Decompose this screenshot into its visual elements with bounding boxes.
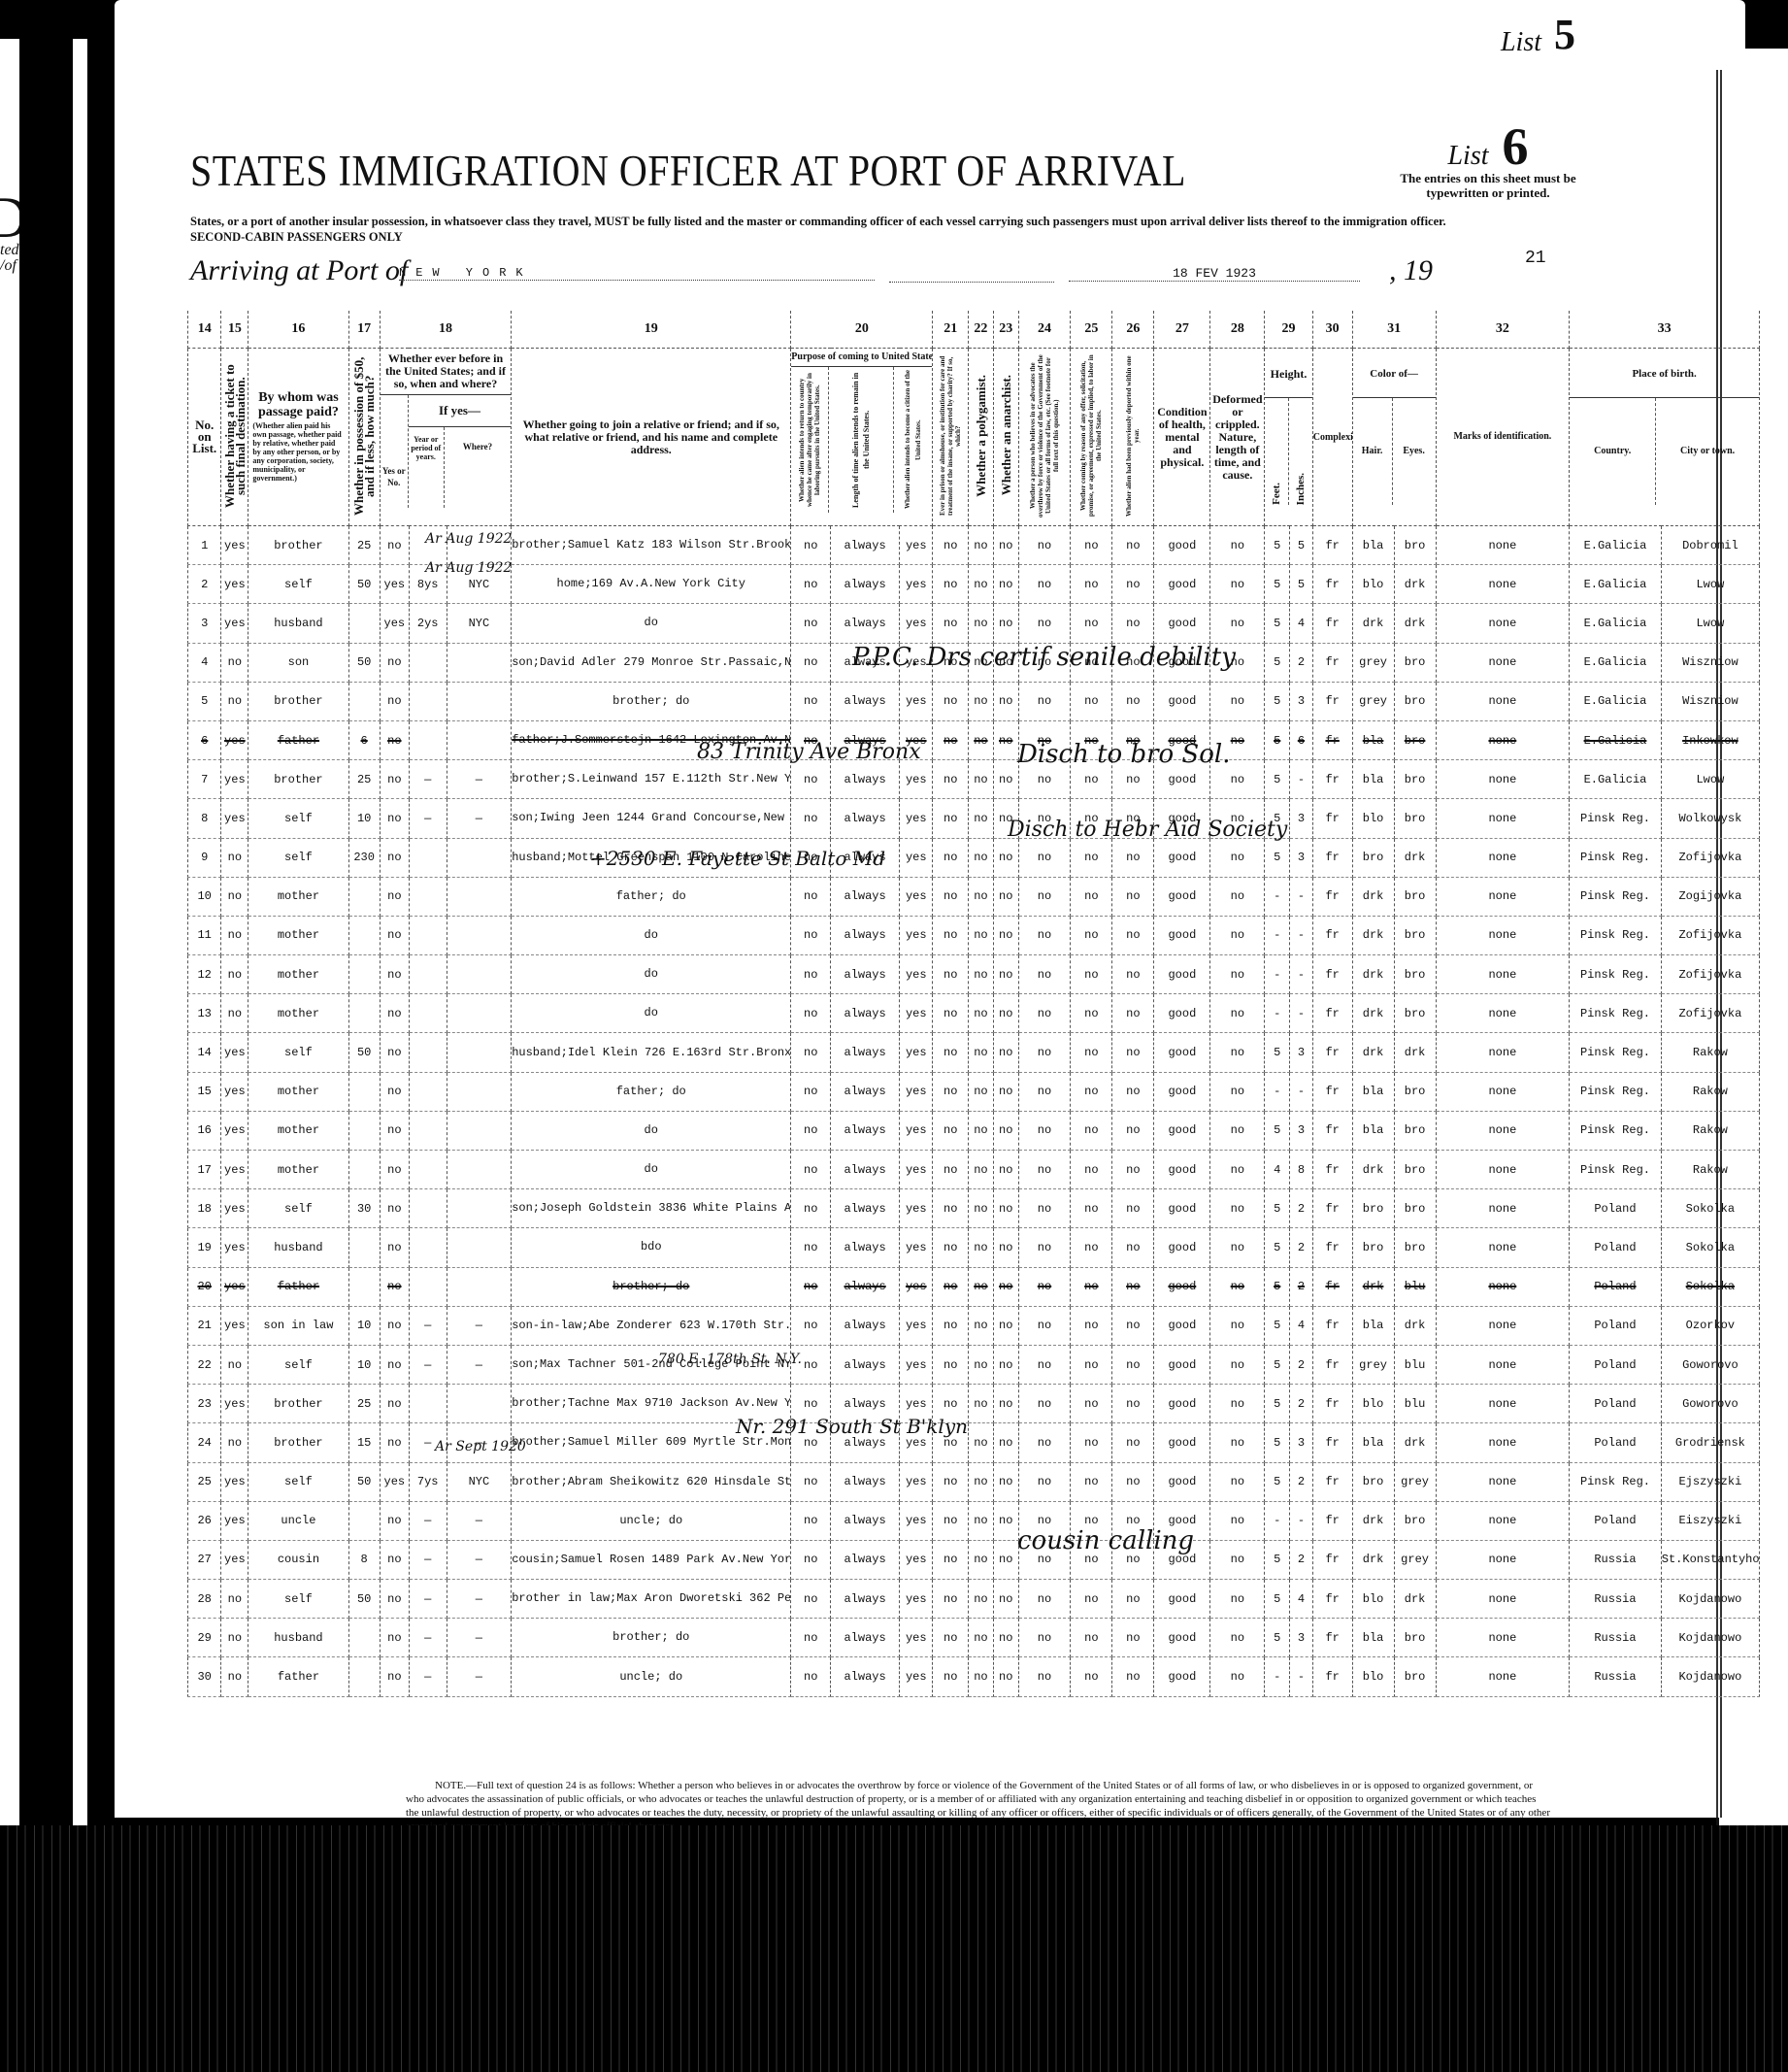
labor-offer-cell: no	[1071, 1228, 1112, 1267]
header-text: Complexion.	[1313, 432, 1352, 443]
row-number: 7	[188, 760, 221, 799]
header-text: Length of time alien intends to remain i…	[850, 367, 872, 513]
deformed-cell: no	[1210, 916, 1265, 954]
intends-return-cell: no	[791, 1619, 831, 1657]
height-inches-cell: 2	[1290, 1267, 1313, 1306]
period-cell	[409, 1267, 447, 1306]
passenger-manifest-table: 14 15 16 17 18 19 20 21 22 23 24 25 26 2…	[187, 311, 1760, 1697]
row-number: 30	[188, 1657, 221, 1696]
header-text: Condition of health, mental and physical…	[1154, 406, 1209, 469]
period-cell	[409, 1033, 447, 1072]
join-relative-cell: bdo	[512, 1228, 791, 1267]
passenger-row: 5nobrothernobrother; donoalwaysyesnonono…	[188, 682, 1760, 720]
height-feet-cell: 5	[1265, 565, 1290, 604]
deformed-cell: no	[1210, 1423, 1265, 1462]
deformed-cell: no	[1210, 682, 1265, 720]
hair-color-cell: bro	[1352, 1189, 1394, 1228]
anarchist-cell: no	[993, 877, 1018, 916]
health-cell: good	[1154, 1462, 1210, 1501]
passage-paid-by-cell: self	[248, 799, 348, 838]
passenger-row: 4noson50noson;David Adler 279 Monroe Str…	[188, 643, 1760, 682]
intends-citizen-cell: yes	[900, 643, 933, 682]
deformed-cell: no	[1210, 1580, 1265, 1619]
labor-offer-cell: no	[1071, 760, 1112, 799]
money-cell	[348, 1267, 380, 1306]
eye-color-cell: drk	[1394, 1423, 1436, 1462]
birth-country-cell: E.Galicia	[1570, 720, 1662, 759]
row-number: 6	[188, 720, 221, 759]
header-text: Whether alien had been previously deport…	[1125, 353, 1141, 518]
length-of-stay-cell: always	[831, 1501, 900, 1540]
anarchist-cell: no	[993, 1345, 1018, 1384]
prison-cell: no	[933, 1306, 969, 1345]
money-cell: 25	[348, 760, 380, 799]
question-24-cell: no	[1018, 1619, 1071, 1657]
deported-cell: no	[1112, 1540, 1154, 1579]
header-text: Hair.	[1353, 398, 1393, 505]
money-cell: 6	[348, 720, 380, 759]
header-text: Whether ever before in the United States…	[381, 349, 511, 395]
anarchist-cell: no	[993, 1462, 1018, 1501]
passage-paid-by-cell: husband	[248, 1619, 348, 1657]
marks-cell: none	[1436, 1345, 1570, 1384]
birth-city-cell: Lwow	[1661, 565, 1759, 604]
passenger-row: 24nobrother15no——brother;Samuel Miller 6…	[188, 1423, 1760, 1462]
height-inches-cell: -	[1290, 877, 1313, 916]
question-24-cell: no	[1018, 916, 1071, 954]
header-text: Yes or No.	[381, 395, 409, 508]
anarchist-cell: no	[993, 643, 1018, 682]
birth-country-cell: Russia	[1570, 1657, 1662, 1696]
where-cell	[447, 1385, 512, 1423]
question-24-cell: no	[1018, 1501, 1071, 1540]
where-cell	[447, 720, 512, 759]
question-24-cell: no	[1018, 760, 1071, 799]
marks-cell: none	[1436, 1306, 1570, 1345]
passenger-row: 1yesbrother25nobrother;Samuel Katz 183 W…	[188, 526, 1760, 565]
period-cell	[409, 1189, 447, 1228]
complexion-cell: fr	[1312, 1072, 1352, 1111]
anarchist-cell: no	[993, 1657, 1018, 1696]
header-no-on-list: No. on List.	[188, 349, 221, 526]
height-inches-cell: 3	[1290, 799, 1313, 838]
passage-paid-by-cell: father	[248, 1267, 348, 1306]
money-cell: 10	[348, 1306, 380, 1345]
intends-citizen-cell: yes	[900, 760, 933, 799]
join-relative-cell: brother in law;Max Aron Dworetski 362 Pe…	[512, 1580, 791, 1619]
birth-city-cell: Lwow	[1661, 760, 1759, 799]
row-number: 21	[188, 1306, 221, 1345]
complexion-cell: fr	[1312, 760, 1352, 799]
labor-offer-cell: no	[1071, 994, 1112, 1033]
passage-paid-by-cell: husband	[248, 1228, 348, 1267]
height-inches-cell: -	[1290, 760, 1313, 799]
deformed-cell: no	[1210, 994, 1265, 1033]
passage-paid-by-cell: mother	[248, 955, 348, 994]
intends-return-cell: no	[791, 1033, 831, 1072]
period-cell	[409, 1228, 447, 1267]
question-24-cell: no	[1018, 1385, 1071, 1423]
join-relative-cell: brother;Samuel Katz 183 Wilson Str.Brook…	[512, 526, 791, 565]
labor-offer-cell: no	[1071, 1267, 1112, 1306]
passage-paid-by-cell: father	[248, 720, 348, 759]
prison-cell: no	[933, 955, 969, 994]
health-cell: good	[1154, 994, 1210, 1033]
period-cell: —	[409, 799, 447, 838]
height-inches-cell: 3	[1290, 682, 1313, 720]
anarchist-cell: no	[993, 955, 1018, 994]
question-24-cell: no	[1018, 1267, 1071, 1306]
header-text: Place of birth.	[1570, 349, 1759, 398]
prison-cell: no	[933, 1033, 969, 1072]
height-feet-cell: 4	[1265, 1151, 1290, 1189]
row-number: 4	[188, 643, 221, 682]
date-stamp: 18 FEV 1923	[1069, 266, 1360, 282]
header-text: Year or period of years.	[409, 427, 445, 508]
labor-offer-cell: no	[1071, 565, 1112, 604]
length-of-stay-cell: always	[831, 1385, 900, 1423]
labor-offer-cell: no	[1071, 916, 1112, 954]
marks-cell: none	[1436, 799, 1570, 838]
passage-paid-by-cell: brother	[248, 526, 348, 565]
eye-color-cell: blu	[1394, 1385, 1436, 1423]
intends-citizen-cell: yes	[900, 1189, 933, 1228]
health-cell: good	[1154, 838, 1210, 877]
height-inches-cell: -	[1290, 994, 1313, 1033]
col-num-22: 22	[969, 311, 994, 349]
height-feet-cell: 5	[1265, 1540, 1290, 1579]
join-relative-cell: father;J.Sommerstejn 1642 Lexington Av.N…	[512, 720, 791, 759]
anarchist-cell: no	[993, 1385, 1018, 1423]
length-of-stay-cell: always	[831, 1228, 900, 1267]
adjacent-page-fragment: ted /of	[0, 243, 19, 274]
health-cell: good	[1154, 1111, 1210, 1150]
where-cell: NYC	[447, 565, 512, 604]
complexion-cell: fr	[1312, 838, 1352, 877]
deported-cell: no	[1112, 565, 1154, 604]
intends-citizen-cell: yes	[900, 1423, 933, 1462]
period-cell	[409, 720, 447, 759]
header-money: Whether in possession of $50, and if les…	[348, 349, 380, 526]
previous-list-number: 5	[1554, 10, 1575, 59]
length-of-stay-cell: always	[831, 1540, 900, 1579]
where-cell: NYC	[447, 1462, 512, 1501]
intends-citizen-cell: yes	[900, 1151, 933, 1189]
question-24-cell: no	[1018, 1111, 1071, 1150]
header-text: Whether an anarchist.	[1001, 375, 1011, 495]
length-of-stay-cell: always	[831, 955, 900, 994]
deported-cell: no	[1112, 1580, 1154, 1619]
height-feet-cell: 5	[1265, 1306, 1290, 1345]
complexion-cell: fr	[1312, 1189, 1352, 1228]
length-of-stay-cell: always	[831, 799, 900, 838]
prison-cell: no	[933, 877, 969, 916]
money-cell: 50	[348, 565, 380, 604]
header-text: Where?	[445, 427, 511, 508]
complexion-cell: fr	[1312, 877, 1352, 916]
length-of-stay-cell: always	[831, 682, 900, 720]
eye-color-cell: drk	[1394, 838, 1436, 877]
ever-before-cell: no	[380, 1345, 409, 1384]
polygamist-cell: no	[969, 565, 994, 604]
ever-before-cell: no	[380, 1501, 409, 1540]
labor-offer-cell: no	[1071, 1306, 1112, 1345]
eye-color-cell: bro	[1394, 877, 1436, 916]
money-cell: 50	[348, 1580, 380, 1619]
length-of-stay-cell: always	[831, 720, 900, 759]
where-cell: —	[447, 1501, 512, 1540]
eye-color-cell: grey	[1394, 1540, 1436, 1579]
labor-offer-cell: no	[1071, 682, 1112, 720]
intends-citizen-cell: yes	[900, 1657, 933, 1696]
ticket-cell: yes	[221, 1306, 248, 1345]
health-cell: good	[1154, 1619, 1210, 1657]
polygamist-cell: no	[969, 526, 994, 565]
complexion-cell: fr	[1312, 955, 1352, 994]
complexion-cell: fr	[1312, 916, 1352, 954]
marks-cell: none	[1436, 682, 1570, 720]
col-num-32: 32	[1436, 311, 1570, 349]
deported-cell: no	[1112, 799, 1154, 838]
hair-color-cell: blo	[1352, 1580, 1394, 1619]
where-cell	[447, 838, 512, 877]
join-relative-cell: do	[512, 994, 791, 1033]
passage-paid-by-cell: son in law	[248, 1306, 348, 1345]
birth-city-cell: Wiszniow	[1661, 643, 1759, 682]
hair-color-cell: bla	[1352, 1619, 1394, 1657]
hair-color-cell: bla	[1352, 1306, 1394, 1345]
money-cell: 10	[348, 799, 380, 838]
marks-cell: none	[1436, 955, 1570, 994]
complexion-cell: fr	[1312, 1540, 1352, 1579]
birth-city-cell: Sokolka	[1661, 1267, 1759, 1306]
where-cell: —	[447, 1657, 512, 1696]
ever-before-cell: yes	[380, 1462, 409, 1501]
height-feet-cell: 5	[1265, 799, 1290, 838]
col-num-19: 19	[512, 311, 791, 349]
marks-cell: none	[1436, 1072, 1570, 1111]
row-number: 20	[188, 1267, 221, 1306]
height-feet-cell: -	[1265, 916, 1290, 954]
hair-color-cell: drk	[1352, 1501, 1394, 1540]
money-cell: 50	[348, 643, 380, 682]
question-24-cell: no	[1018, 682, 1071, 720]
anarchist-cell: no	[993, 720, 1018, 759]
ticket-cell: no	[221, 1619, 248, 1657]
hair-color-cell: bla	[1352, 1072, 1394, 1111]
ever-before-cell: yes	[380, 604, 409, 643]
passage-paid-by-cell: self	[248, 565, 348, 604]
intends-citizen-cell: yes	[900, 1111, 933, 1150]
hair-color-cell: bla	[1352, 760, 1394, 799]
ticket-cell: no	[221, 1423, 248, 1462]
join-relative-cell: son;David Adler 279 Monroe Str.Passaic,N…	[512, 643, 791, 682]
header-purpose: Purpose of coming to United States. Whet…	[791, 349, 933, 526]
deformed-cell: no	[1210, 1540, 1265, 1579]
intends-return-cell: no	[791, 1540, 831, 1579]
prison-cell: no	[933, 916, 969, 954]
length-of-stay-cell: always	[831, 1267, 900, 1306]
ticket-cell: no	[221, 643, 248, 682]
intends-return-cell: no	[791, 682, 831, 720]
header-text: Purpose of coming to United States.	[791, 349, 932, 367]
intends-citizen-cell: yes	[900, 1228, 933, 1267]
deformed-cell: no	[1210, 1385, 1265, 1423]
ticket-cell: yes	[221, 1072, 248, 1111]
binding-gap	[19, 39, 73, 1835]
prison-cell: no	[933, 838, 969, 877]
row-number: 11	[188, 916, 221, 954]
passenger-row: 16yesmotherno donoalwaysyesnonononononog…	[188, 1111, 1760, 1150]
intends-return-cell: no	[791, 1385, 831, 1423]
polygamist-cell: no	[969, 1540, 994, 1579]
marks-cell: none	[1436, 1111, 1570, 1150]
passenger-row: 2yesself50yes8ysNYChome;169 Av.A.New Yor…	[188, 565, 1760, 604]
length-of-stay-cell: always	[831, 1657, 900, 1696]
header-note: (Whether alien paid his own passage, whe…	[248, 419, 348, 485]
eye-color-cell: bro	[1394, 1111, 1436, 1150]
passenger-row: 27yescousin8no——cousin;Samuel Rosen 1489…	[188, 1540, 1760, 1579]
health-cell: good	[1154, 1306, 1210, 1345]
passenger-row: 12nomotherno donoalwaysyesnonononononogo…	[188, 955, 1760, 994]
passage-paid-by-cell: son	[248, 643, 348, 682]
birth-country-cell: E.Galicia	[1570, 760, 1662, 799]
ticket-cell: yes	[221, 1151, 248, 1189]
ever-before-cell: yes	[380, 565, 409, 604]
anarchist-cell: no	[993, 1189, 1018, 1228]
length-of-stay-cell: always	[831, 1462, 900, 1501]
where-cell	[447, 1072, 512, 1111]
prison-cell: no	[933, 1423, 969, 1462]
join-relative-cell: cousin;Samuel Rosen 1489 Park Av.New Yor…	[512, 1540, 791, 1579]
labor-offer-cell: no	[1071, 1423, 1112, 1462]
prison-cell: no	[933, 1462, 969, 1501]
passage-paid-by-cell: self	[248, 1189, 348, 1228]
polygamist-cell: no	[969, 1423, 994, 1462]
length-of-stay-cell: always	[831, 526, 900, 565]
birth-country-cell: Poland	[1570, 1228, 1662, 1267]
prison-cell: no	[933, 643, 969, 682]
deported-cell: no	[1112, 1267, 1154, 1306]
where-cell: NYC	[447, 604, 512, 643]
prison-cell: no	[933, 1385, 969, 1423]
length-of-stay-cell: always	[831, 994, 900, 1033]
polygamist-cell: no	[969, 1111, 994, 1150]
anarchist-cell: no	[993, 1151, 1018, 1189]
hair-color-cell: bro	[1352, 1228, 1394, 1267]
row-number: 13	[188, 994, 221, 1033]
birth-country-cell: Russia	[1570, 1540, 1662, 1579]
money-cell: 10	[348, 1345, 380, 1384]
height-feet-cell: 5	[1265, 1228, 1290, 1267]
money-cell	[348, 1657, 380, 1696]
ticket-cell: yes	[221, 1501, 248, 1540]
col-num-14: 14	[188, 311, 221, 349]
hair-color-cell: bla	[1352, 1111, 1394, 1150]
intends-return-cell: no	[791, 1267, 831, 1306]
deported-cell: no	[1112, 760, 1154, 799]
where-cell	[447, 1228, 512, 1267]
join-relative-cell: son;Joseph Goldstein 3836 White Plains A…	[512, 1189, 791, 1228]
complexion-cell: fr	[1312, 604, 1352, 643]
marks-cell: none	[1436, 1619, 1570, 1657]
polygamist-cell: no	[969, 604, 994, 643]
eye-color-cell: blu	[1394, 1345, 1436, 1384]
where-cell	[447, 955, 512, 994]
where-cell	[447, 994, 512, 1033]
labor-offer-cell: no	[1071, 877, 1112, 916]
where-cell	[447, 682, 512, 720]
row-number: 14	[188, 1033, 221, 1072]
row-number: 5	[188, 682, 221, 720]
health-cell: good	[1154, 1423, 1210, 1462]
header-health: Condition of health, mental and physical…	[1154, 349, 1210, 526]
health-cell: good	[1154, 1189, 1210, 1228]
row-number: 18	[188, 1189, 221, 1228]
col-num-25: 25	[1071, 311, 1112, 349]
height-inches-cell: 3	[1290, 1033, 1313, 1072]
health-cell: good	[1154, 877, 1210, 916]
header-text: Color of—	[1353, 349, 1436, 398]
height-feet-cell: 5	[1265, 1345, 1290, 1384]
anarchist-cell: no	[993, 526, 1018, 565]
deported-cell: no	[1112, 1385, 1154, 1423]
birth-city-cell: Kojdanowo	[1661, 1619, 1759, 1657]
hair-color-cell: drk	[1352, 604, 1394, 643]
height-feet-cell: 5	[1265, 1580, 1290, 1619]
deported-cell: no	[1112, 1462, 1154, 1501]
manifest-rows: 1yesbrother25nobrother;Samuel Katz 183 W…	[188, 526, 1760, 1697]
prison-cell: no	[933, 1657, 969, 1696]
passenger-row: 6yesfather6nofather;J.Sommerstejn 1642 L…	[188, 720, 1760, 759]
labor-offer-cell: no	[1071, 1151, 1112, 1189]
ever-before-cell: no	[380, 1619, 409, 1657]
header-text: Feet.	[1272, 483, 1282, 505]
birth-country-cell: E.Galicia	[1570, 682, 1662, 720]
height-inches-cell: 2	[1290, 1540, 1313, 1579]
header-join-relative: Whether going to join a relative or frie…	[512, 349, 791, 526]
header-text: Height.	[1265, 349, 1311, 398]
length-of-stay-cell: always	[831, 760, 900, 799]
money-cell: 25	[348, 526, 380, 565]
polygamist-cell: no	[969, 955, 994, 994]
hair-color-cell: bla	[1352, 720, 1394, 759]
question-24-cell: no	[1018, 1540, 1071, 1579]
intends-return-cell: no	[791, 799, 831, 838]
intends-return-cell: no	[791, 526, 831, 565]
complexion-cell: fr	[1312, 565, 1352, 604]
period-cell: —	[409, 1501, 447, 1540]
anarchist-cell: no	[993, 1072, 1018, 1111]
intends-citizen-cell: yes	[900, 955, 933, 994]
intends-return-cell: no	[791, 720, 831, 759]
row-number: 1	[188, 526, 221, 565]
birth-city-cell: Ejszyszki	[1661, 1462, 1759, 1501]
height-inches-cell: 2	[1290, 1189, 1313, 1228]
passenger-row: 7yesbrother25no——brother;S.Leinwand 157 …	[188, 760, 1760, 799]
intends-return-cell: no	[791, 916, 831, 954]
birth-city-cell: Rakow	[1661, 1111, 1759, 1150]
height-feet-cell: 5	[1265, 1385, 1290, 1423]
deported-cell: no	[1112, 643, 1154, 682]
header-marks: Marks of identification.	[1436, 349, 1570, 526]
labor-offer-cell: no	[1071, 799, 1112, 838]
intends-citizen-cell: yes	[900, 1501, 933, 1540]
deformed-cell: no	[1210, 1072, 1265, 1111]
col-num-16: 16	[248, 311, 348, 349]
ticket-cell: yes	[221, 720, 248, 759]
header-text: Whether a polygamist.	[976, 375, 986, 497]
